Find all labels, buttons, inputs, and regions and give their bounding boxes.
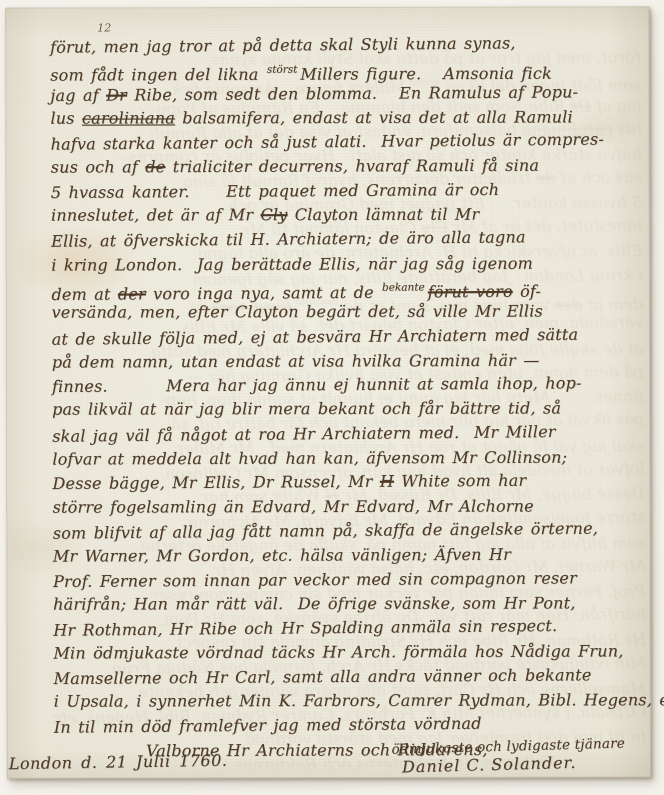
signature-block: ödmjukaste och lydigaste tjänare Daniel … bbox=[391, 736, 625, 777]
signature-name: Daniel C. Solander. bbox=[391, 753, 576, 777]
letter-line: som blifvit af alla jag fått namn på, sk… bbox=[53, 516, 643, 546]
letter-line: Desse bägge, Mr Ellis, Dr Russel, Mr H W… bbox=[52, 468, 642, 496]
letter-paper: förut, men jag tror at på detta skal Sty… bbox=[5, 6, 651, 778]
letter-line: jag af Dr Ribe, som sedt den blomma. En … bbox=[50, 79, 640, 107]
scanned-letter-image: { "document_type": "handwritten letter (… bbox=[0, 0, 664, 795]
letter-line: Min ödmjukaste vördnad täcks Hr Arch. fö… bbox=[53, 640, 643, 667]
letter-line: Mamsellerne och Hr Carl, samt alla andra… bbox=[53, 663, 643, 691]
dateline: London d. 21 Julii 1760. bbox=[9, 751, 228, 777]
letter-line: sus och af de trialiciter decurrens, hva… bbox=[51, 154, 641, 181]
letter-line: versända, men, efter Clayton begärt det,… bbox=[52, 300, 642, 326]
letter-body: förut, men jag tror at på detta skal Sty… bbox=[50, 31, 644, 763]
letter-line: Mr Warner, Mr Gordon, etc. hälsa vänlige… bbox=[53, 543, 643, 570]
closing-row: London d. 21 Julii 1760. ödmjukaste och … bbox=[9, 738, 639, 774]
letter-line: dem at der voro inga nya, samt at de bek… bbox=[51, 274, 641, 302]
letter-line: som fådt ingen del likna störstMillers f… bbox=[50, 57, 640, 84]
letter-line: pas likväl at när jag blir mera bekant o… bbox=[52, 397, 642, 423]
letter-line: förut, men jag tror at på detta skal Sty… bbox=[50, 30, 640, 60]
letter-line: skal jag väl få något at roa Hr Archiate… bbox=[52, 419, 642, 449]
page-mark: 12 bbox=[97, 22, 111, 34]
letter-line: större fogelsamling än Edvard, Mr Edvard… bbox=[53, 494, 643, 520]
letter-line: 5 hvassa kanter. Ett paquet med Gramina … bbox=[51, 177, 641, 205]
letter-line: at de skulle följa med, ej at besvära Hr… bbox=[52, 322, 642, 352]
letter-line: härifrån; Han mår rätt väl. De öfrige sv… bbox=[53, 591, 643, 617]
letter-line: Ellis, at öfverskicka til H. Archiatern;… bbox=[51, 225, 641, 255]
letter-line: In til min död framlefver jag med störst… bbox=[54, 710, 644, 740]
letter-line: lus caroliniana balsamifera, endast at v… bbox=[50, 105, 640, 131]
letter-line: Prof. Ferner som innan par veckor med si… bbox=[53, 565, 643, 593]
letter-line: finnes. Mera har jag ännu ej hunnit at s… bbox=[52, 371, 642, 399]
